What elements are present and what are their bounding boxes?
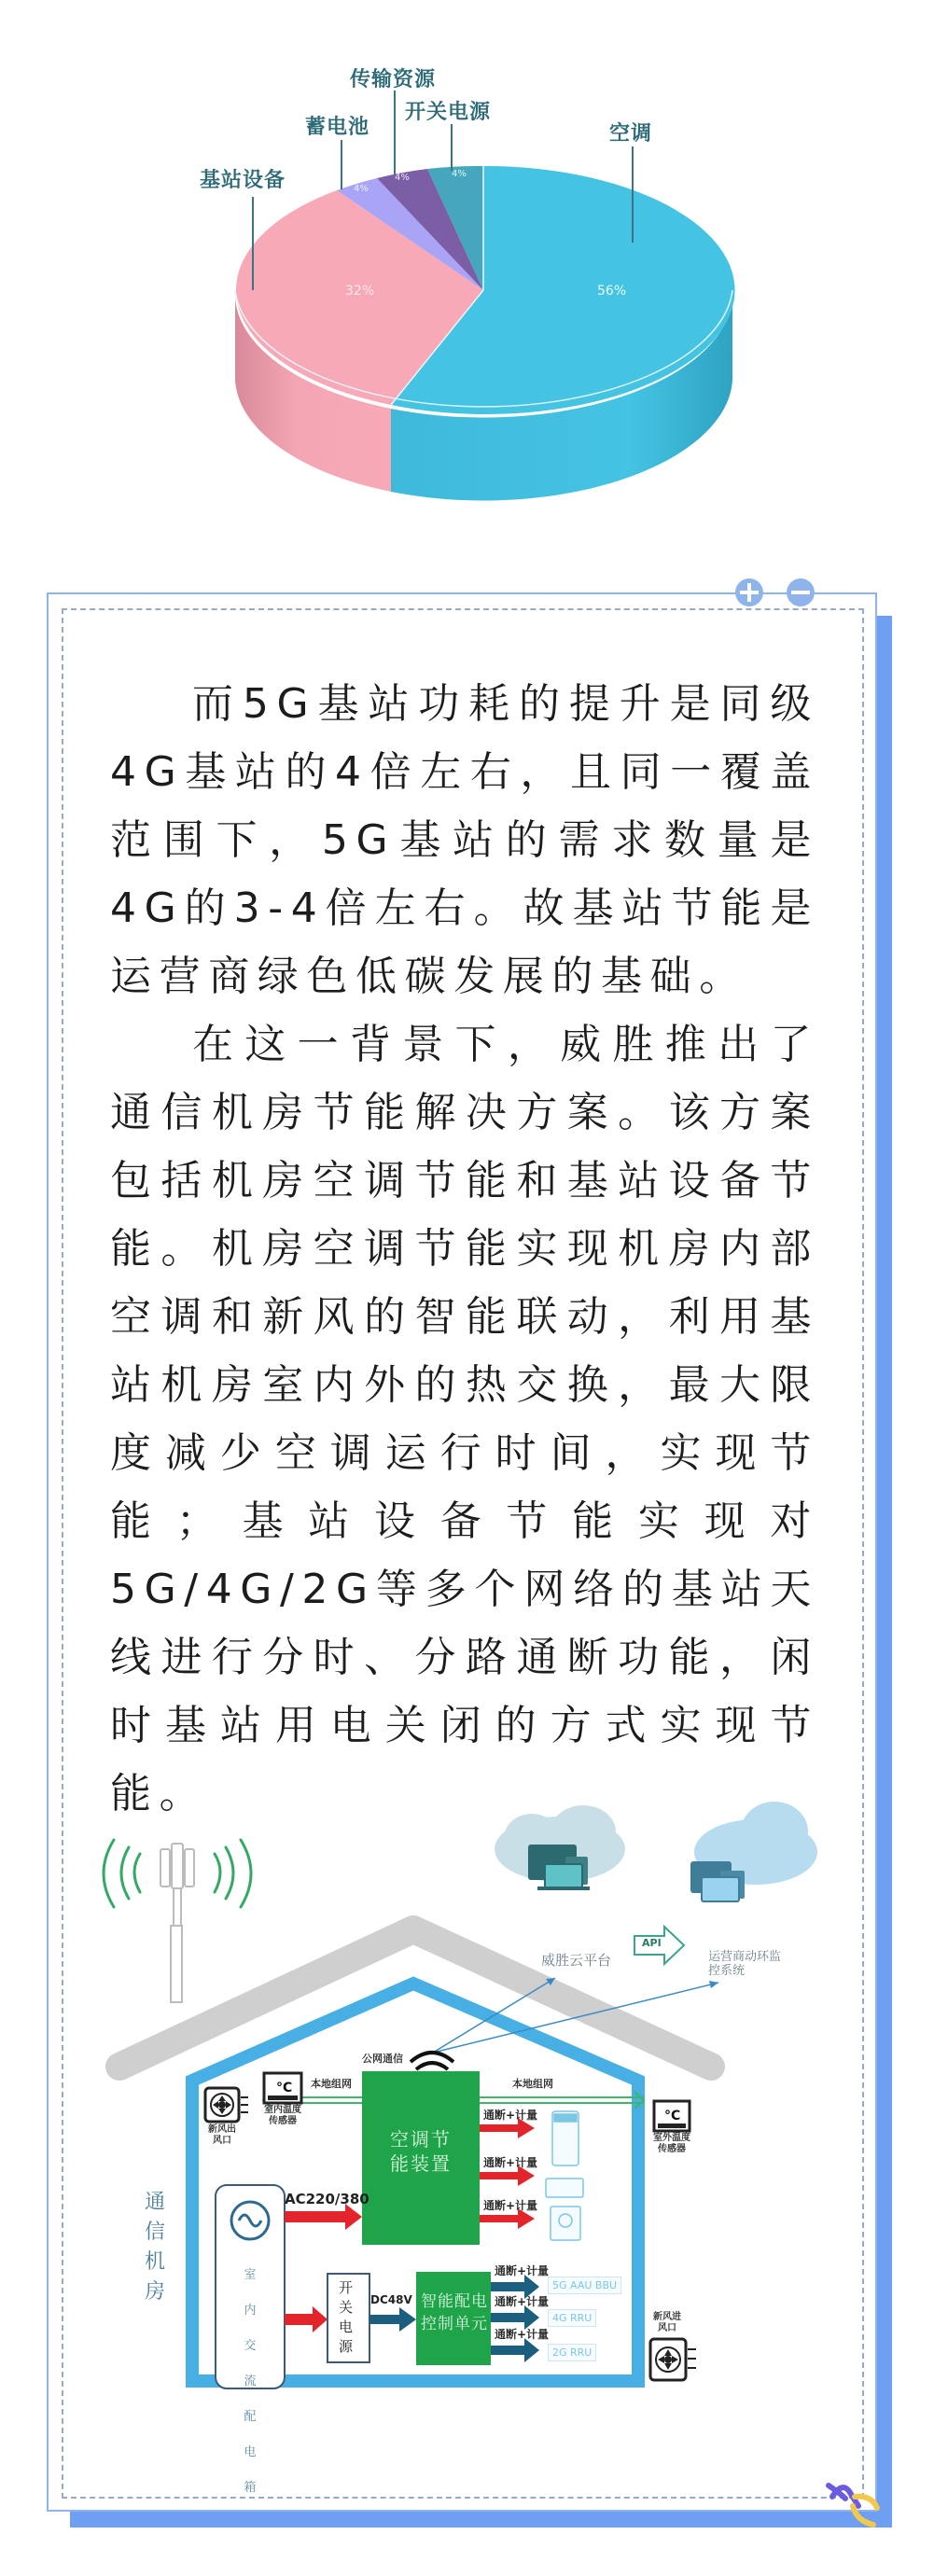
smart-unit-label: 智能配电控制单元 [418,2291,491,2335]
public-network-label: 公网通信 [362,2051,403,2066]
outdoor-sensor-label: 室外温度传感器 [650,2133,693,2155]
svg-text:4%: 4% [354,184,369,194]
leader-line [252,197,254,290]
pie-chart: 56% 32% 4% 4% 4% 基站设备 蓄电池 传输资源 开关电源 空调 [0,0,934,522]
rru-5g: 5G AAU BBU [548,2277,621,2294]
on-off-meter-label: 通断+计量 [483,2197,537,2213]
room-label: 通信机房 [145,2188,167,2307]
pie-label-bts-equipment: 基站设备 [200,164,286,193]
paragraph: 而5G基站功耗的提升是同级4G基站的4倍左右，且同一覆盖范围下，5G基站的需求数… [110,670,819,1010]
fresh-air-inlet-fan-icon [650,2339,696,2380]
svg-text:4%: 4% [452,169,467,179]
svg-text:°C: °C [276,2081,292,2096]
on-off-meter-label: 通断+计量 [495,2293,549,2309]
plus-icon [735,578,763,606]
indoor-sensor-label: 室内温度传感器 [261,2105,304,2127]
ac-unit-label: 空调节能装置 [388,2127,453,2176]
tool-decoration-icon [821,2471,886,2531]
fresh-air-inlet-label: 新风进风口 [650,2312,684,2334]
on-off-meter-label: 通断+计量 [495,2263,549,2278]
energy-saving-diagram: °C °C [0,1801,934,2416]
pie-label-battery: 蓄电池 [305,111,369,140]
leader-line [451,124,453,171]
on-off-meter-label: 通断+计量 [495,2326,549,2342]
paragraph: 在这一背景下，威胜推出了通信机房节能解决方案。该方案包括机房空调节能和基站设备节… [110,1010,819,1828]
value-label-bts: 32% [345,284,374,299]
on-off-meter-label: 通断+计量 [483,2154,537,2170]
pie-label-transmission: 传输资源 [350,63,436,92]
api-label: API [642,1937,662,1949]
leader-line [341,140,342,189]
pie-label-switch-power: 开关电源 [405,96,491,125]
on-off-meter-label: 通断+计量 [483,2107,537,2123]
pie-label-air-conditioning: 空调 [609,118,652,146]
leader-line [394,91,396,174]
switch-power-label: 开关电源 [339,2278,357,2357]
svg-text:°C: °C [664,2109,680,2123]
leader-line [632,146,634,243]
operator-monitor-system-icon [690,1802,817,1901]
operator-system-label: 运营商动环监控系统 [708,1950,783,1978]
rru-2g: 2G RRU [548,2344,596,2361]
minus-icon [787,578,815,606]
value-label-ac: 56% [597,284,626,299]
wall-ac-icon [546,2179,583,2197]
svg-text:4%: 4% [395,173,410,183]
ac-input-label: AC220/380 [285,2191,369,2207]
distribution-box-label: 室内交流配电箱 [239,2258,261,2506]
fresh-air-outlet-label: 新风出风口 [205,2124,239,2147]
pie-chart-graphic: 56% 32% 4% 4% 4% [0,0,934,522]
dc-label: DC48V [370,2293,412,2306]
cloud-platform-label: 威胜云平台 [541,1950,611,1970]
rru-4g: 4G RRU [548,2309,596,2327]
antenna-icon [160,1844,194,2002]
article-body: 而5G基站功耗的提升是同级4G基站的4倍左右，且同一覆盖范围下，5G基站的需求数… [110,670,819,1828]
local-network-label: 本地组网 [512,2076,553,2091]
cloud-platform-icon [495,1805,625,1890]
local-network-label: 本地组网 [311,2076,352,2091]
